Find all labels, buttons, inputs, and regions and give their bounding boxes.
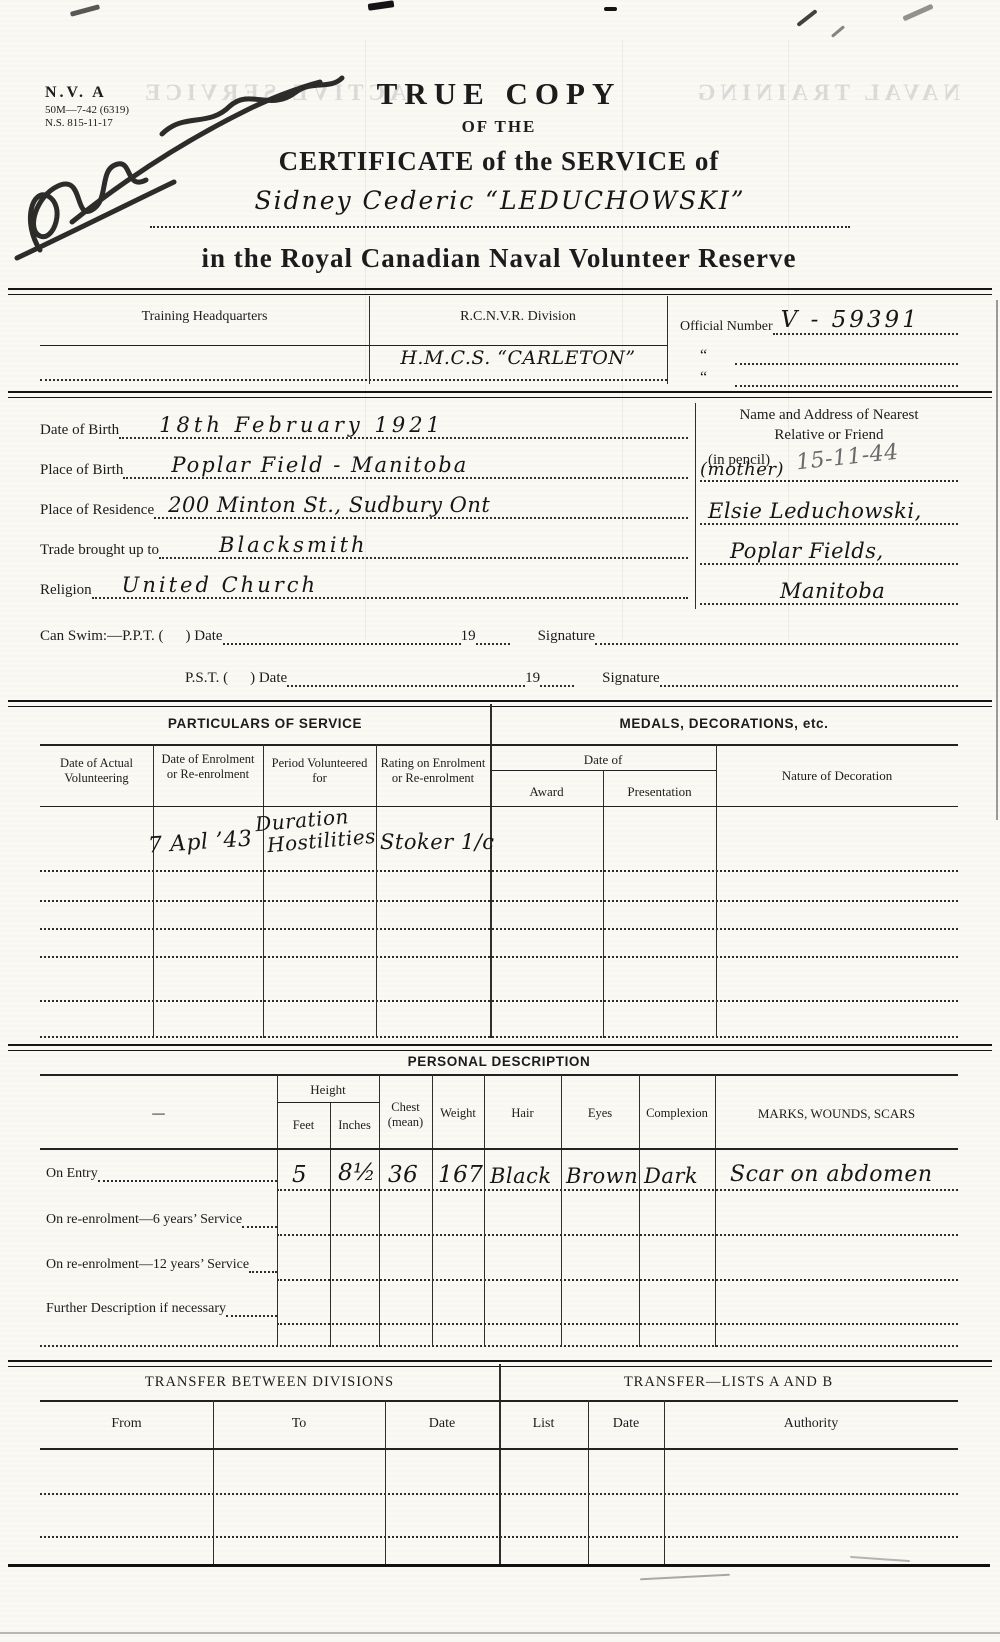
swim-row-ppt: Can Swim:—P.P.T. ( ) Date 19 Signature (40, 628, 958, 645)
dotted-line (40, 870, 958, 872)
col-header-marks: MARKS, WOUNDS, SCARS (715, 1106, 958, 1122)
field-religion: Religion United Church (40, 573, 688, 599)
personal-description-table: PERSONAL DESCRIPTION — Height Feet Inche… (40, 1048, 958, 1358)
medals-title: MEDALS, DECORATIONS, etc. (490, 716, 958, 731)
table-line (263, 744, 264, 1038)
scan-artifact (640, 1574, 730, 1581)
relative-line: Elsie Leduchowski, (700, 499, 958, 525)
pd-entry-marks: Scar on abdomen (730, 1162, 933, 1187)
reserve-line: in the Royal Canadian Naval Volunteer Re… (40, 243, 958, 274)
pd-entry-feet: 5 (292, 1162, 307, 1188)
entry-rating: Stoker 1/c (380, 830, 495, 854)
col-header-to: To (213, 1416, 385, 1433)
table-line (695, 403, 696, 609)
dotted-line (277, 1189, 958, 1191)
scan-artifact (70, 4, 100, 17)
dotted-line (40, 1036, 958, 1038)
pd-row-further: Further Description if necessary (46, 1301, 277, 1317)
document-page: NAVAL TRAINING ACTIVE SERVICE N.V. A 50M… (0, 0, 1000, 1642)
transfer-right-title: TRANSFER—LISTS A AND B (499, 1374, 958, 1391)
table-line (277, 1074, 278, 1347)
col-header-weight: Weight (432, 1106, 484, 1121)
dotted-line (40, 928, 958, 930)
table-line (40, 345, 667, 346)
entry-period: Duration Hostilities (254, 803, 376, 857)
col-header-list: List (499, 1416, 588, 1433)
table-line (40, 1400, 958, 1402)
field-place-of-birth: Place of Birth Poplar Field - Manitoba (40, 453, 688, 479)
col-header-hair: Hair (484, 1106, 561, 1121)
doc-title: TRUE COPY (40, 76, 958, 112)
table-line (153, 744, 154, 1038)
pd-row-on-entry: On Entry (46, 1166, 277, 1182)
personal-description-title: PERSONAL DESCRIPTION (40, 1054, 958, 1069)
pd-entry-inches: 8½ (338, 1160, 376, 1186)
col-header-inches: Inches (330, 1118, 379, 1133)
service-member-name: Sidney Cederic “LEDUCHOWSKI” (254, 186, 745, 215)
field-trade: Trade brought up to Blacksmith (40, 533, 688, 559)
swim-section: Can Swim:—P.P.T. ( ) Date 19 Signature P… (40, 618, 958, 698)
table-line (40, 744, 958, 746)
pd-row-6-years: On re-enrolment—6 years’ Service (46, 1212, 277, 1228)
certificate-line: CERTIFICATE of the SERVICE of (40, 146, 958, 177)
col-header-feet: Feet (277, 1118, 330, 1133)
dotted-line (40, 956, 958, 958)
dotted-line (40, 1536, 958, 1538)
relative-line: Manitoba (700, 579, 958, 605)
col-header: Rating on Enrolment or Re-enrolment (380, 756, 486, 786)
col-header-complexion: Complexion (639, 1106, 715, 1121)
col-header-chest: Chest (mean) (379, 1100, 432, 1130)
service-member-name-line: Sidney Cederic “LEDUCHOWSKI” (150, 186, 850, 228)
col-header-date: Date (588, 1416, 664, 1433)
col-header-date: Date (385, 1416, 499, 1433)
dotted-line (277, 1234, 958, 1236)
entry-enrolment-date: 7 Apl ’43 (148, 830, 252, 855)
official-number-value: V - 59391 (773, 307, 920, 333)
swim-row-pst: P.S.T. ( ) Date 19 Signature (185, 670, 958, 687)
pd-entry-eyes: Brown (566, 1164, 638, 1188)
official-number-row: Official Number V - 59391 (680, 307, 958, 335)
table-line (40, 1448, 958, 1450)
col-header-height: Height (277, 1082, 379, 1098)
scan-artifact (831, 25, 845, 38)
col-header-from: From (40, 1416, 213, 1433)
col-header: Date of Enrolment or Re-enrolment (157, 752, 259, 782)
table-line (376, 744, 377, 1038)
dash-header: — (40, 1106, 277, 1121)
dotted-line (40, 379, 667, 381)
official-number-ditto-row: “ (700, 369, 958, 387)
scan-artifact (796, 9, 817, 27)
pd-row-12-years: On re-enrolment—12 years’ Service (46, 1257, 277, 1273)
doc-subtitle: OF THE (40, 117, 958, 137)
col-header-training-hq: Training Headquarters (40, 309, 369, 326)
pd-entry-chest: 36 (388, 1162, 418, 1188)
dotted-line (40, 1000, 958, 1002)
field-date-of-birth: Date of Birth 18th February 1921 (40, 413, 688, 439)
page-right-edge (996, 300, 998, 820)
col-header-presentation: Presentation (603, 784, 716, 800)
transfer-left-title: TRANSFER BETWEEN DIVISIONS (40, 1374, 499, 1391)
personal-info-section: Date of Birth 18th February 1921 Place o… (40, 397, 958, 615)
scan-artifact (368, 0, 395, 11)
col-header: Date of Actual Volunteering (44, 756, 149, 786)
scan-artifact (604, 7, 617, 11)
dotted-line (277, 1323, 958, 1325)
table-line (490, 770, 716, 771)
table-line (40, 806, 958, 807)
page-bottom-edge (0, 1632, 1000, 1634)
relative-line: (mother) (700, 459, 958, 482)
dotted-line (40, 1345, 958, 1347)
col-header-eyes: Eyes (561, 1106, 639, 1121)
field-place-of-residence: Place of Residence 200 Minton St., Sudbu… (40, 493, 688, 519)
dotted-line (277, 1279, 958, 1281)
dotted-line (40, 900, 958, 902)
table-line (716, 744, 717, 1038)
table-line (277, 1102, 379, 1103)
col-header-nature: Nature of Decoration (716, 768, 958, 784)
table-line (40, 1074, 958, 1076)
relative-line: Poplar Fields, (700, 539, 958, 565)
division-value: H.M.C.S. “CARLETON” (372, 347, 664, 369)
col-header-date-of: Date of (490, 752, 716, 768)
table-line (330, 1102, 331, 1347)
division-table: Training Headquarters R.C.N.V.R. Divisio… (40, 293, 958, 389)
pd-entry-hair: Black (490, 1164, 552, 1188)
col-header: Period Volunteered for (267, 756, 372, 786)
pd-entry-weight: 167 (438, 1162, 483, 1188)
particulars-table: PARTICULARS OF SERVICE MEDALS, DECORATIO… (40, 704, 958, 1040)
col-header-award: Award (490, 784, 603, 800)
particulars-title: PARTICULARS OF SERVICE (40, 716, 490, 731)
ditto-mark: “ (700, 347, 707, 365)
official-number-label: Official Number (680, 319, 773, 335)
table-line (40, 1148, 958, 1150)
scan-artifact (902, 4, 933, 22)
relative-header: Name and Address of Nearest Relative or … (700, 405, 958, 446)
official-number-ditto-row: “ (700, 347, 958, 365)
table-line (8, 1564, 990, 1567)
ditto-mark: “ (700, 369, 707, 387)
table-line (667, 296, 668, 384)
table-line (603, 770, 604, 1038)
col-header-authority: Authority (664, 1416, 958, 1433)
pd-entry-complexion: Dark (644, 1164, 698, 1188)
transfer-table: TRANSFER BETWEEN DIVISIONS TRANSFER—LIST… (40, 1364, 958, 1566)
dotted-line (40, 1493, 958, 1495)
table-line (499, 1364, 501, 1564)
col-header-rcnvr-division: R.C.N.V.R. Division (369, 309, 667, 326)
